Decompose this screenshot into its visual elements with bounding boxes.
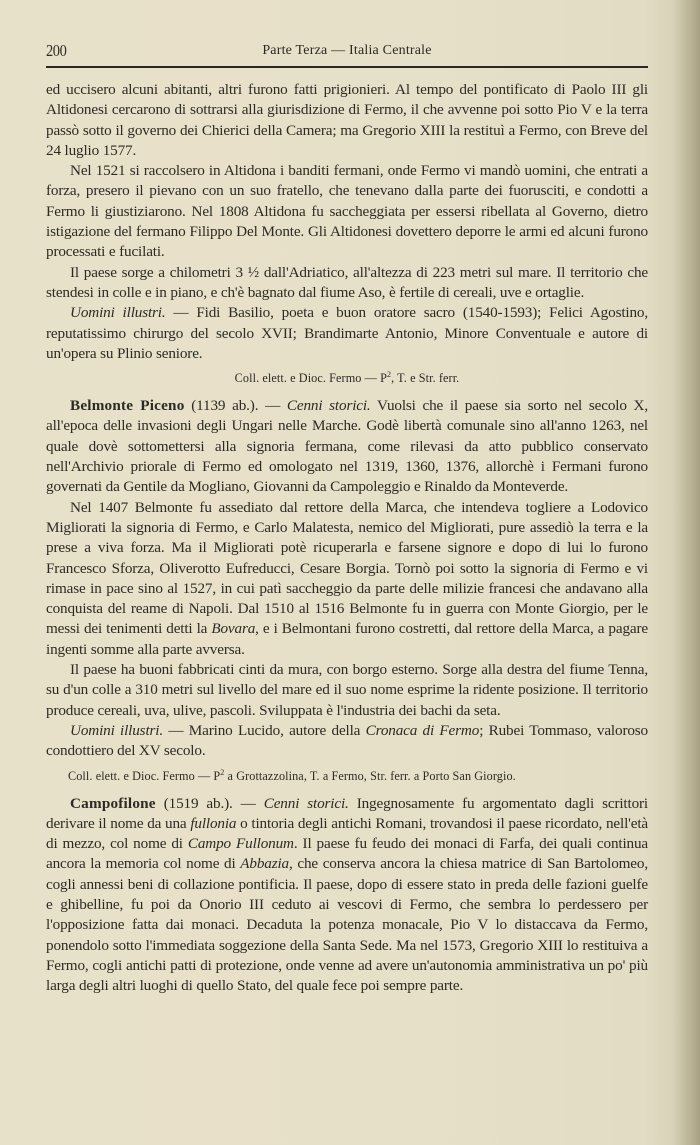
admin-note-text: Coll. elett. e Dioc. Fermo — P — [68, 769, 220, 783]
paragraph-belmonte-illustrious: Uomini illustri. — Marino Lucido, autore… — [46, 721, 648, 762]
paragraph-altidona-geography: Il paese sorge a chilometri 3 ½ dall'Adr… — [46, 263, 648, 304]
entry-name: Campofilone — [70, 795, 156, 812]
illustrious-label: Uomini illustri. — [70, 304, 166, 321]
header-rule — [46, 66, 648, 68]
history-text: , che conserva ancora la chiesa matrice … — [46, 855, 648, 994]
running-head: 200 Parte Terza — Italia Centrale — [46, 40, 648, 62]
entry-population: (1139 ab.). — — [185, 397, 287, 414]
body-text: ed uccisero alcuni abitanti, altri furon… — [46, 80, 648, 996]
spacer — [46, 786, 648, 794]
spacer — [46, 388, 648, 396]
running-title: Parte Terza — Italia Centrale — [46, 40, 648, 62]
paragraph-text: Nel 1407 Belmonte fu assediato dal retto… — [46, 499, 648, 638]
italic-term: Campo Fullonum — [188, 835, 294, 852]
italic-term: Abbazia — [240, 855, 289, 872]
belmonte-admin-note: Coll. elett. e Dioc. Fermo — P2 a Grotta… — [46, 766, 648, 786]
paragraph-altidona-1521: Nel 1521 si raccolsero in Altidona i ban… — [46, 161, 648, 262]
italic-term: fullonia — [190, 815, 236, 832]
paragraph-altidona-illustrious: Uomini illustri. — Fidi Basilio, poeta e… — [46, 303, 648, 364]
entry-name: Belmonte Piceno — [70, 397, 185, 414]
illustrious-label: Uomini illustri. — [70, 722, 163, 739]
admin-note-text-end: , T. e Str. ferr. — [391, 371, 459, 385]
italic-term: Bovara — [211, 620, 255, 637]
entry-campofilone: Campofilone (1519 ab.). — Cenni storici.… — [46, 794, 648, 997]
history-label: Cenni storici. — [264, 795, 349, 812]
italic-title: Cronaca di Fermo — [366, 722, 480, 739]
entry-population: (1519 ab.). — — [156, 795, 264, 812]
paragraph-altidona-continuation: ed uccisero alcuni abitanti, altri furon… — [46, 80, 648, 161]
admin-note-text-end: a Grottazzolina, T. a Fermo, Str. ferr. … — [224, 769, 515, 783]
paragraph-belmonte-geography: Il paese ha buoni fabbricati cinti da mu… — [46, 660, 648, 721]
entry-belmonte-piceno: Belmonte Piceno (1139 ab.). — Cenni stor… — [46, 396, 648, 497]
altidona-admin-note: Coll. elett. e Dioc. Fermo — P2, T. e St… — [46, 368, 648, 388]
history-label: Cenni storici. — [287, 397, 371, 414]
paragraph-belmonte-1407: Nel 1407 Belmonte fu assediato dal retto… — [46, 498, 648, 660]
illustrious-text: — Marino Lucido, autore della — [163, 722, 366, 739]
admin-note-text: Coll. elett. e Dioc. Fermo — P — [235, 371, 387, 385]
